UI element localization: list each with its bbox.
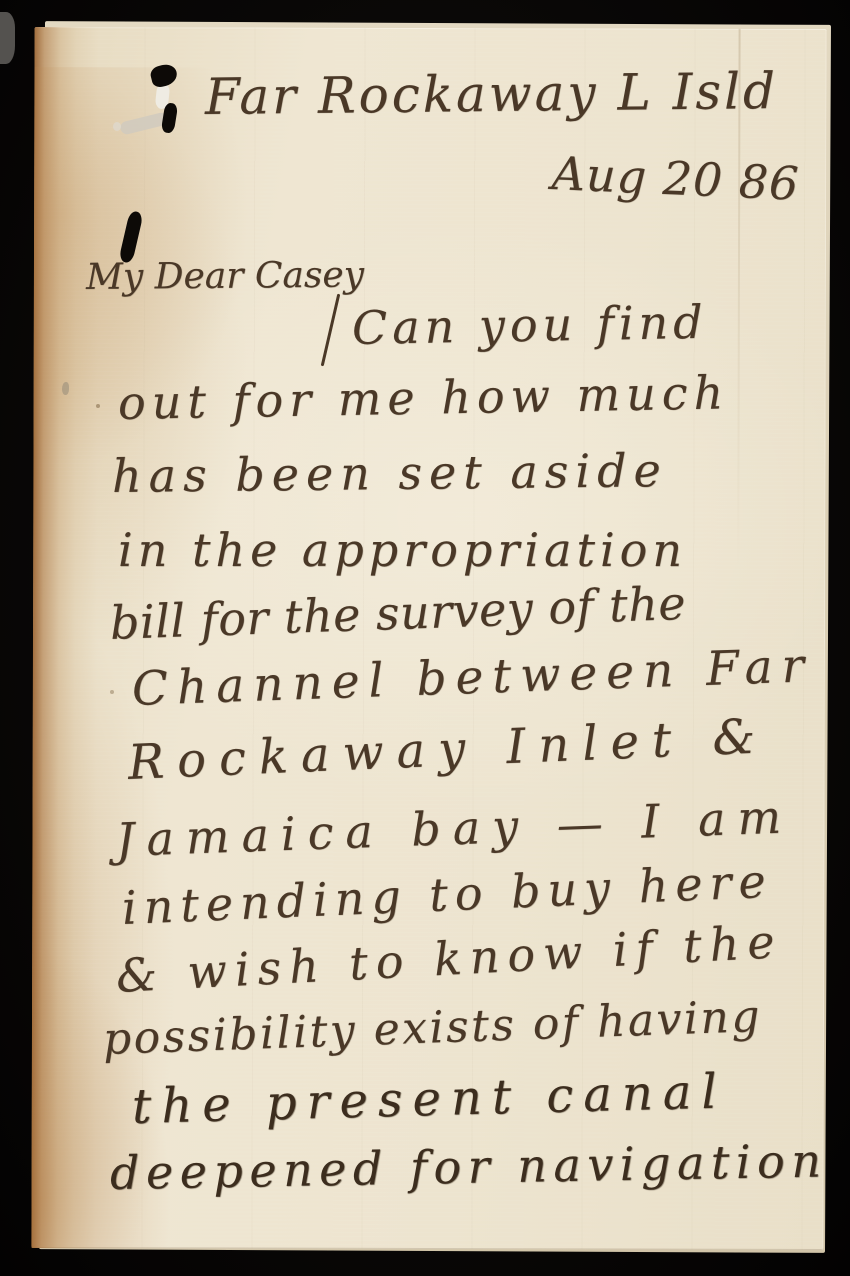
heading-date-line: Aug 20 86 [551,150,800,207]
body-line: deepened for navigation [110,1137,828,1196]
paper-speck-mark [62,382,69,395]
edge-smudge-mark [0,12,15,64]
body-line: Can you find [352,299,708,351]
salutation-line: My Dear Casey [86,258,364,296]
heading-place-line: Far Rockaway L Isld [205,66,779,122]
paper-speck [110,690,114,694]
body-line: has been set aside [112,447,668,499]
body-line: the present canal [131,1067,727,1131]
body-line: out for me how much [118,369,730,426]
photo-background: Far Rockaway L Isld Aug 20 86 My Dear Ca… [0,0,850,1276]
ink-smear-dot [113,122,121,131]
body-line: in the appropriation [118,527,687,573]
paper-speck [96,404,100,408]
